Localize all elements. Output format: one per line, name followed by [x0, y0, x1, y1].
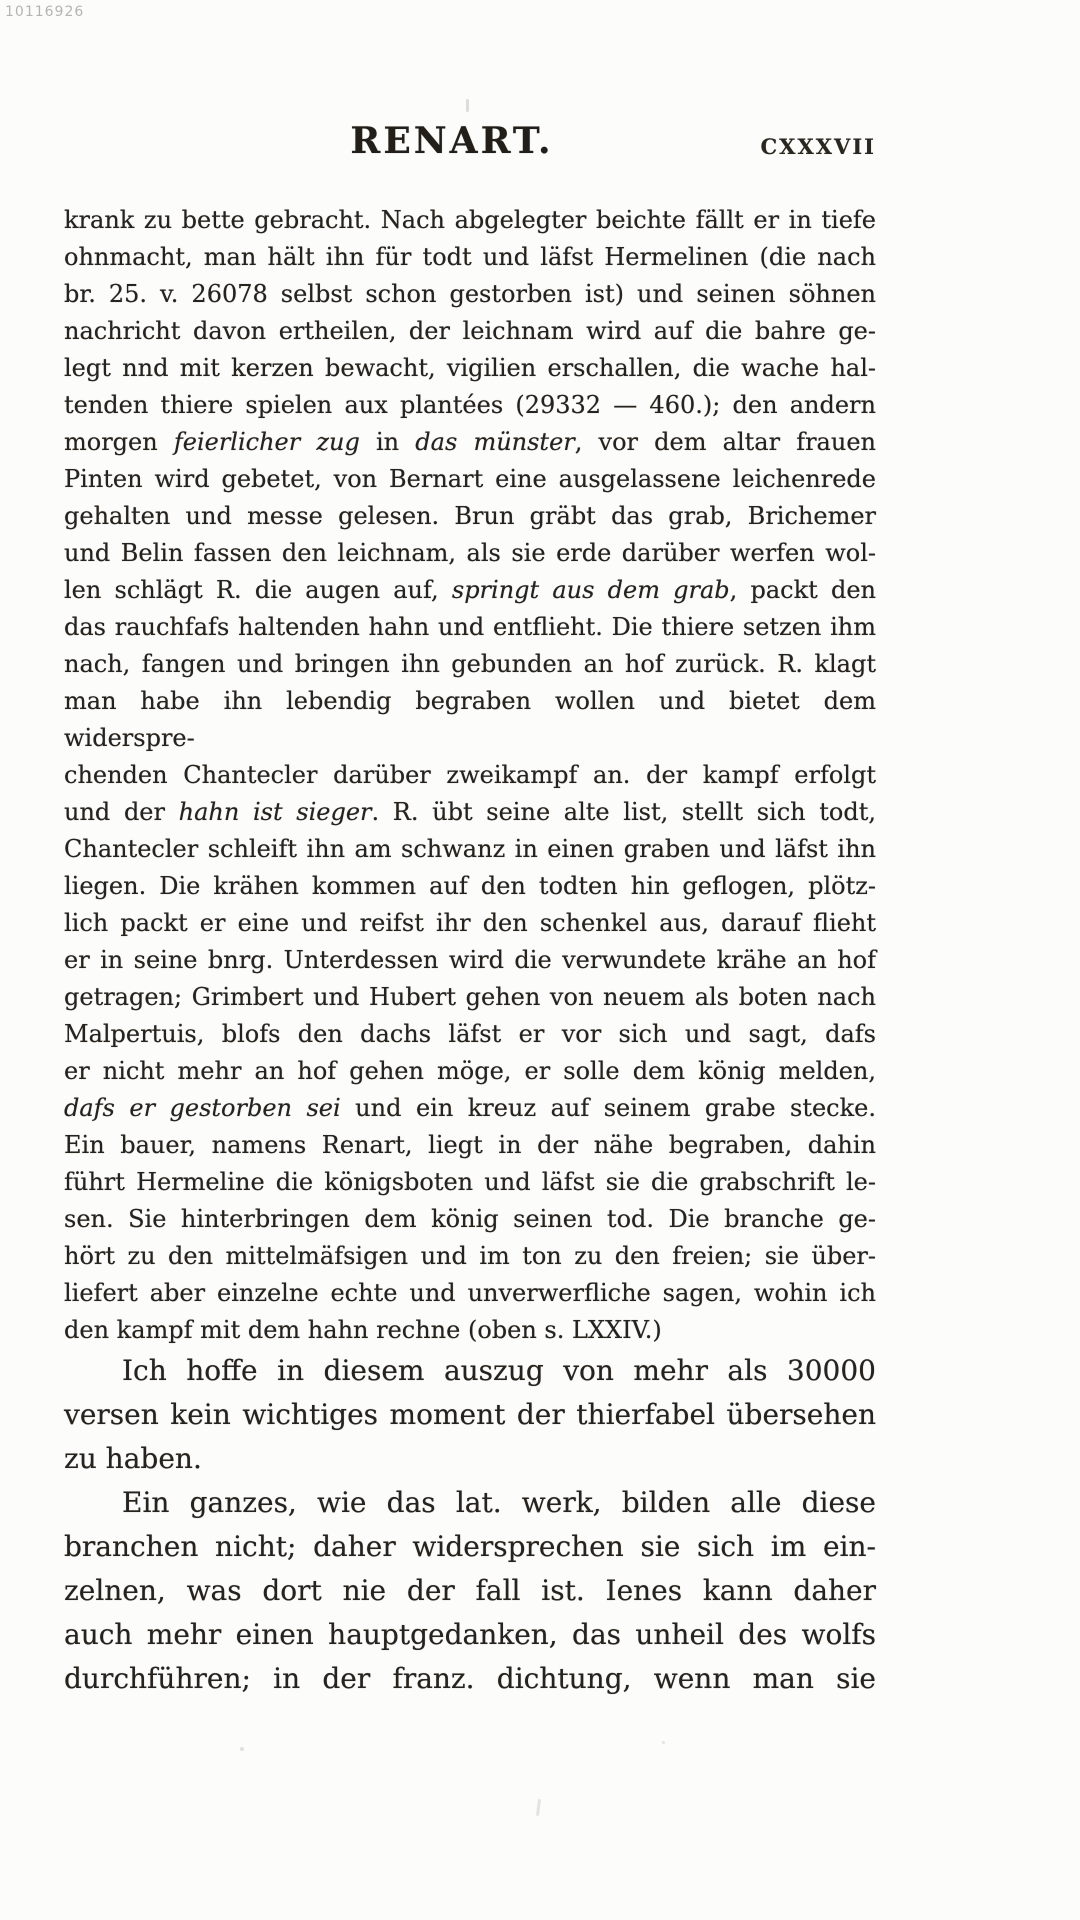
text-segment: getragen; Grimbert und Hubert gehen von …: [64, 983, 876, 1011]
text-segment: man habe ihn lebendig begraben wollen un…: [64, 687, 876, 752]
text-segment: ohnmacht, man hält ihn für todt und läfs…: [64, 243, 876, 271]
text-segment: tenden thiere spielen aux plantées (2933…: [64, 391, 876, 419]
text-segment: . R. übt seine alte list, stellt sich to…: [372, 798, 876, 826]
text-line: ohnmacht, man hält ihn für todt und läfs…: [64, 239, 876, 276]
text-segment: in: [360, 428, 415, 456]
text-line: zelnen, was dort nie der fall ist. Ienes…: [64, 1569, 876, 1613]
text-segment: und ein kreuz auf seinem grabe stecke.: [341, 1094, 876, 1122]
text-segment: liefert aber einzelne echte und unverwer…: [64, 1279, 876, 1307]
text-line: den kampf mit dem hahn rechne (oben s. L…: [64, 1312, 876, 1349]
text-line: Ein bauer, namens Renart, liegt in der n…: [64, 1127, 876, 1164]
text-segment: versen kein wichtiges moment der thierfa…: [64, 1398, 876, 1431]
text-line: versen kein wichtiges moment der thierfa…: [64, 1393, 876, 1437]
text-segment: nachricht davon ertheilen, der leichnam …: [64, 317, 876, 345]
text-segment: br. 25. v. 26078 selbst schon gestorben …: [64, 280, 876, 308]
text-line: Ein ganzes, wie das lat. werk, bilden al…: [64, 1481, 876, 1525]
page-body: krank zu bette gebracht. Nach abgelegter…: [64, 202, 876, 1701]
text-segment: krank zu bette gebracht. Nach abgelegter…: [64, 206, 876, 234]
text-line: und der hahn ist sieger. R. übt seine al…: [64, 794, 876, 831]
text-segment: Malpertuis, blofs den dachs läfst er vor…: [64, 1020, 876, 1048]
text-segment: lich packt er eine und reifst ihr den sc…: [64, 909, 876, 937]
text-segment: Ein bauer, namens Renart, liegt in der n…: [64, 1131, 876, 1159]
text-segment: gehalten und messe gelesen. Brun gräbt d…: [64, 502, 876, 530]
text-segment: Chantecler schleift ihn am schwanz in ei…: [64, 835, 876, 863]
text-segment: sen. Sie hinterbringen dem könig seinen …: [64, 1205, 876, 1233]
text-line: morgen feierlicher zug in das münster, v…: [64, 424, 876, 461]
text-line: Chantecler schleift ihn am schwanz in ei…: [64, 831, 876, 868]
text-line: br. 25. v. 26078 selbst schon gestorben …: [64, 276, 876, 313]
scan-id-watermark: 10116926: [5, 4, 84, 20]
text-line: Pinten wird gebetet, von Bernart eine au…: [64, 461, 876, 498]
text-line: branchen nicht; daher widersprechen sie …: [64, 1525, 876, 1569]
text-line: getragen; Grimbert und Hubert gehen von …: [64, 979, 876, 1016]
text-segment: legt nnd mit kerzen bewacht, vigilien er…: [64, 354, 876, 382]
text-segment: er in seine bnrg. Unterdessen wird die v…: [64, 946, 876, 974]
text-line: er in seine bnrg. Unterdessen wird die v…: [64, 942, 876, 979]
text-segment: auch mehr einen hauptgedanken, das unhei…: [64, 1618, 876, 1651]
text-line: len schlägt R. die augen auf, springt au…: [64, 572, 876, 609]
text-segment: chenden Chantecler darüber zweikampf an.…: [64, 761, 876, 789]
text-line: legt nnd mit kerzen bewacht, vigilien er…: [64, 350, 876, 387]
conclusion-paragraph-1: Ich hoffe in diesem auszug von mehr als …: [64, 1349, 876, 1481]
text-line: lich packt er eine und reifst ihr den sc…: [64, 905, 876, 942]
text-line: führt Hermeline die königsboten und läfs…: [64, 1164, 876, 1201]
text-segment: Ein ganzes, wie das lat. werk, bilden al…: [122, 1486, 876, 1519]
text-segment: führt Hermeline die königsboten und läfs…: [64, 1168, 876, 1196]
text-line: hört zu den mittelmäfsigen und im ton zu…: [64, 1238, 876, 1275]
italic-text-segment: springt aus dem grab: [452, 576, 730, 604]
text-segment: und der: [64, 798, 179, 826]
text-line: krank zu bette gebracht. Nach abgelegter…: [64, 202, 876, 239]
text-segment: , vor dem altar frauen: [575, 428, 876, 456]
text-segment: den kampf mit dem hahn rechne (oben s. L…: [64, 1316, 662, 1344]
text-segment: das rauchfafs haltenden hahn und entflie…: [64, 613, 876, 641]
page-header: RENART. CXXXVII: [64, 116, 876, 162]
text-line: nachricht davon ertheilen, der leichnam …: [64, 313, 876, 350]
italic-text-segment: hahn ist sieger: [179, 798, 372, 826]
text-segment: , packt den: [730, 576, 876, 604]
text-segment: er nicht mehr an hof gehen möge, er soll…: [64, 1057, 876, 1085]
text-line: sen. Sie hinterbringen dem könig seinen …: [64, 1201, 876, 1238]
scan-speckle: [536, 1799, 541, 1816]
text-segment: branchen nicht; daher widersprechen sie …: [64, 1530, 876, 1563]
summary-paragraph: krank zu bette gebracht. Nach abgelegter…: [64, 202, 876, 1349]
text-line: nach, fangen und bringen ihn gebunden an…: [64, 646, 876, 683]
scan-speckle: [240, 1747, 244, 1751]
scan-speckle: [466, 99, 469, 112]
page-number: CXXXVII: [760, 134, 876, 159]
conclusion-paragraph-2: Ein ganzes, wie das lat. werk, bilden al…: [64, 1481, 876, 1701]
text-line: Ich hoffe in diesem auszug von mehr als …: [64, 1349, 876, 1393]
text-line: gehalten und messe gelesen. Brun gräbt d…: [64, 498, 876, 535]
text-line: und Belin fassen den leichnam, als sie e…: [64, 535, 876, 572]
text-segment: morgen: [64, 428, 174, 456]
text-line: chenden Chantecler darüber zweikampf an.…: [64, 757, 876, 794]
text-line: man habe ihn lebendig begraben wollen un…: [64, 683, 876, 757]
text-segment: Pinten wird gebetet, von Bernart eine au…: [64, 465, 876, 493]
text-line: liegen. Die krähen kommen auf den todten…: [64, 868, 876, 905]
italic-text-segment: das münster: [415, 428, 574, 456]
text-segment: zu haben.: [64, 1442, 202, 1475]
text-line: das rauchfafs haltenden hahn und entflie…: [64, 609, 876, 646]
text-segment: und Belin fassen den leichnam, als sie e…: [64, 539, 876, 567]
text-line: dafs er gestorben sei und ein kreuz auf …: [64, 1090, 876, 1127]
scanned-book-page: 10116926 RENART. CXXXVII krank zu bette …: [0, 0, 1080, 1920]
text-line: zu haben.: [64, 1437, 876, 1481]
running-title: RENART.: [46, 120, 858, 162]
text-line: tenden thiere spielen aux plantées (2933…: [64, 387, 876, 424]
italic-text-segment: dafs er gestorben sei: [64, 1094, 341, 1122]
text-segment: Ich hoffe in diesem auszug von mehr als …: [122, 1354, 876, 1387]
text-segment: len schlägt R. die augen auf,: [64, 576, 452, 604]
italic-text-segment: feierlicher zug: [174, 428, 360, 456]
text-line: liefert aber einzelne echte und unverwer…: [64, 1275, 876, 1312]
text-line: er nicht mehr an hof gehen möge, er soll…: [64, 1053, 876, 1090]
text-segment: hört zu den mittelmäfsigen und im ton zu…: [64, 1242, 876, 1270]
text-line: auch mehr einen hauptgedanken, das unhei…: [64, 1613, 876, 1657]
scan-speckle: [662, 1741, 665, 1744]
text-segment: liegen. Die krähen kommen auf den todten…: [64, 872, 876, 900]
text-segment: zelnen, was dort nie der fall ist. Ienes…: [64, 1574, 876, 1607]
text-segment: nach, fangen und bringen ihn gebunden an…: [64, 650, 876, 678]
text-segment: durchführen; in der franz. dichtung, wen…: [64, 1662, 876, 1695]
text-line: Malpertuis, blofs den dachs läfst er vor…: [64, 1016, 876, 1053]
text-line: durchführen; in der franz. dichtung, wen…: [64, 1657, 876, 1701]
